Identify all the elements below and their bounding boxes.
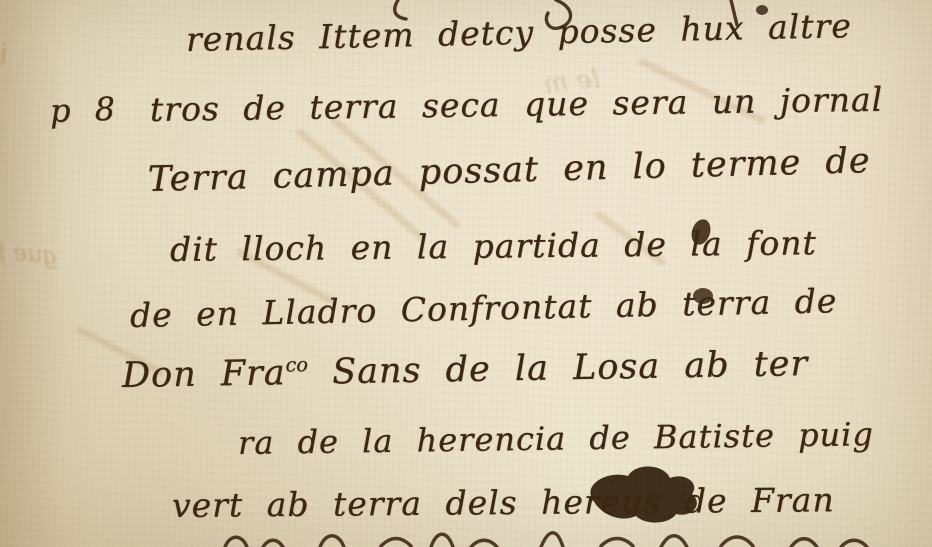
line-text: Don Fra [122,353,286,396]
margin-note: p 8 [49,90,116,130]
manuscript-line: dit lloch en la partida de la font [170,223,817,269]
manuscript-page: ipseca a yomi me fm oh a de a de a gue f… [0,0,932,547]
superscript-abbreviation: co [285,353,308,376]
manuscript-line: vert ab terra dels hereus de Fran [172,480,835,525]
bottom-cutoff-line-strokes [225,533,867,547]
